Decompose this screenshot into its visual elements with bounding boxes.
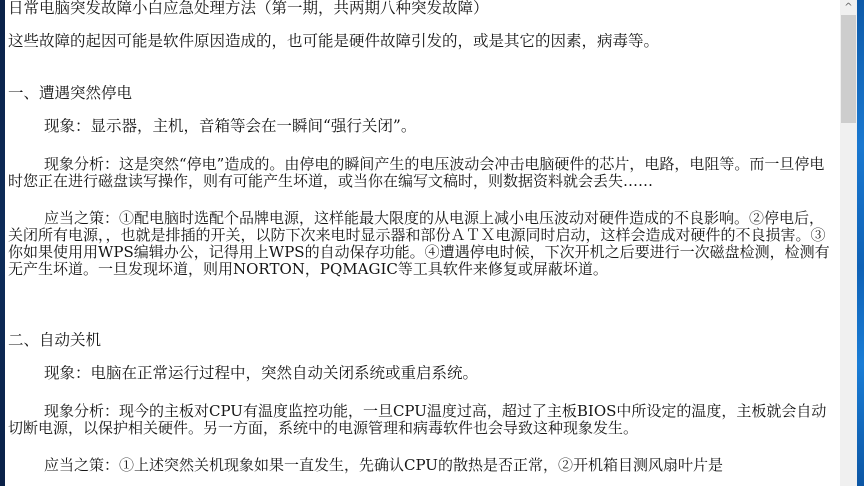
- section-1-heading: 一、遭遇突然停电: [8, 83, 838, 103]
- section-2-analysis: 现象分析：现今的主板对CPU有温度监控功能，一旦CPU温度过高，超过了主板BIO…: [8, 403, 838, 437]
- desktop-background: [857, 0, 864, 486]
- document-content: 日常电脑突发故障小白应急处理方法（第一期，共两期八种突发故障） 这些故障的起因可…: [8, 0, 838, 474]
- section-2-heading: 二、自动关机: [8, 330, 838, 350]
- scroll-thumb[interactable]: [841, 15, 856, 123]
- section-1-solution: 应当之策：①配电脑时选配个品牌电源，这样能最大限度的从电源上减小电压波动对硬件造…: [8, 210, 838, 278]
- section-2-solution: 应当之策：①上述突然关机现象如果一直发生，先确认CPU的散热是否正常，②开机箱目…: [8, 457, 838, 474]
- document-intro: 这些故障的起因可能是软件原因造成的，也可能是硬件故障引发的，或是其它的因素，病毒…: [8, 31, 838, 51]
- document-title: 日常电脑突发故障小白应急处理方法（第一期，共两期八种突发故障）: [8, 0, 838, 18]
- section-1-symptom: 现象：显示器，主机，音箱等会在一瞬间“强行关闭”。: [8, 116, 838, 136]
- section-1-analysis: 现象分析：这是突然“停电”造成的。由停电的瞬间产生的电压波动会冲击电脑硬件的芯片…: [8, 156, 838, 190]
- section-2-symptom: 现象：电脑在正常运行过程中，突然自动关闭系统或重启系统。: [8, 363, 838, 383]
- scroll-up-button[interactable]: ^: [840, 0, 857, 15]
- document-view[interactable]: 日常电脑突发故障小白应急处理方法（第一期，共两期八种突发故障） 这些故障的起因可…: [5, 0, 840, 486]
- vertical-scrollbar[interactable]: ^: [840, 0, 857, 486]
- chevron-up-icon: ^: [844, 2, 852, 13]
